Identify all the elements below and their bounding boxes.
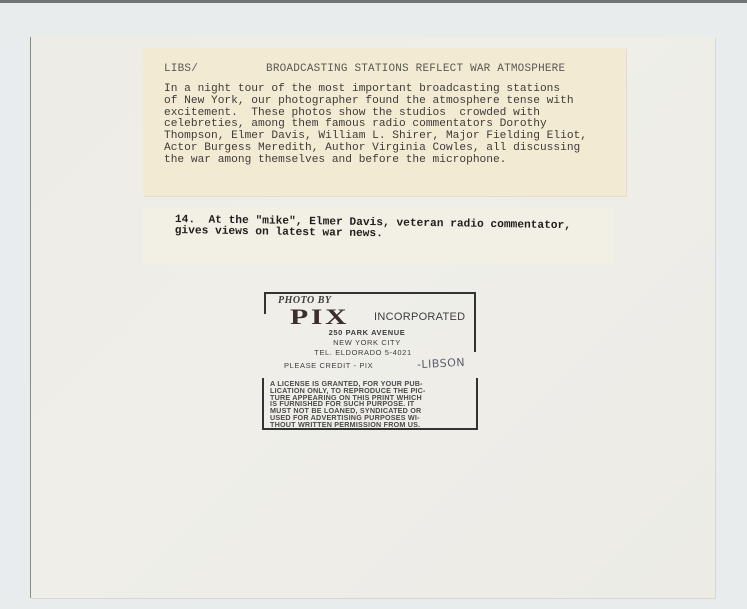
- caption-body: In a night tour of the most important br…: [164, 84, 634, 167]
- caption-line: the war among themselves and before the …: [164, 155, 634, 167]
- stamp-phone: TEL. ELDORADO 5-4021: [268, 348, 458, 357]
- caption-label-main: LIBS/ BROADCASTING STATIONS REFLECT WAR …: [143, 48, 626, 196]
- stamp-agency-logo: PIX: [290, 304, 349, 330]
- stamp-border-left: [264, 292, 266, 314]
- caption-line: of New York, our photographer found the …: [164, 96, 634, 108]
- stamp-license-text: A LICENSE IS GRANTED, FOR YOUR PUB-LICAT…: [270, 381, 470, 429]
- stamp-credit-line: PLEASE CREDIT - PIX: [284, 361, 373, 370]
- stamp-address-city: NEW YORK CITY: [272, 338, 462, 347]
- caption-label-photo-14: 14. At the "mike", Elmer Davis, veteran …: [143, 207, 613, 265]
- caption-headline-row: LIBS/ BROADCASTING STATIONS REFLECT WAR …: [164, 63, 565, 75]
- pix-credit-stamp: PHOTO BY PIX INCORPORATED 250 PARK AVENU…: [262, 292, 480, 432]
- stamp-agency-suffix: INCORPORATED: [374, 311, 465, 323]
- stamp-address-street: 250 PARK AVENUE: [272, 328, 462, 337]
- caption-line: Actor Burgess Meredith, Author Virginia …: [164, 143, 634, 155]
- handwritten-photographer-credit: -LIBSON: [417, 356, 466, 371]
- scanner-edge: [0, 0, 747, 3]
- caption-headline: BROADCASTING STATIONS REFLECT WAR ATMOSP…: [266, 63, 565, 75]
- caption-slug: LIBS/: [164, 63, 198, 75]
- license-line: THOUT WRITTEN PERMISSION FROM US.: [270, 422, 470, 429]
- caption-sub-body: 14. At the "mike", Elmer Davis, veteran …: [175, 215, 571, 243]
